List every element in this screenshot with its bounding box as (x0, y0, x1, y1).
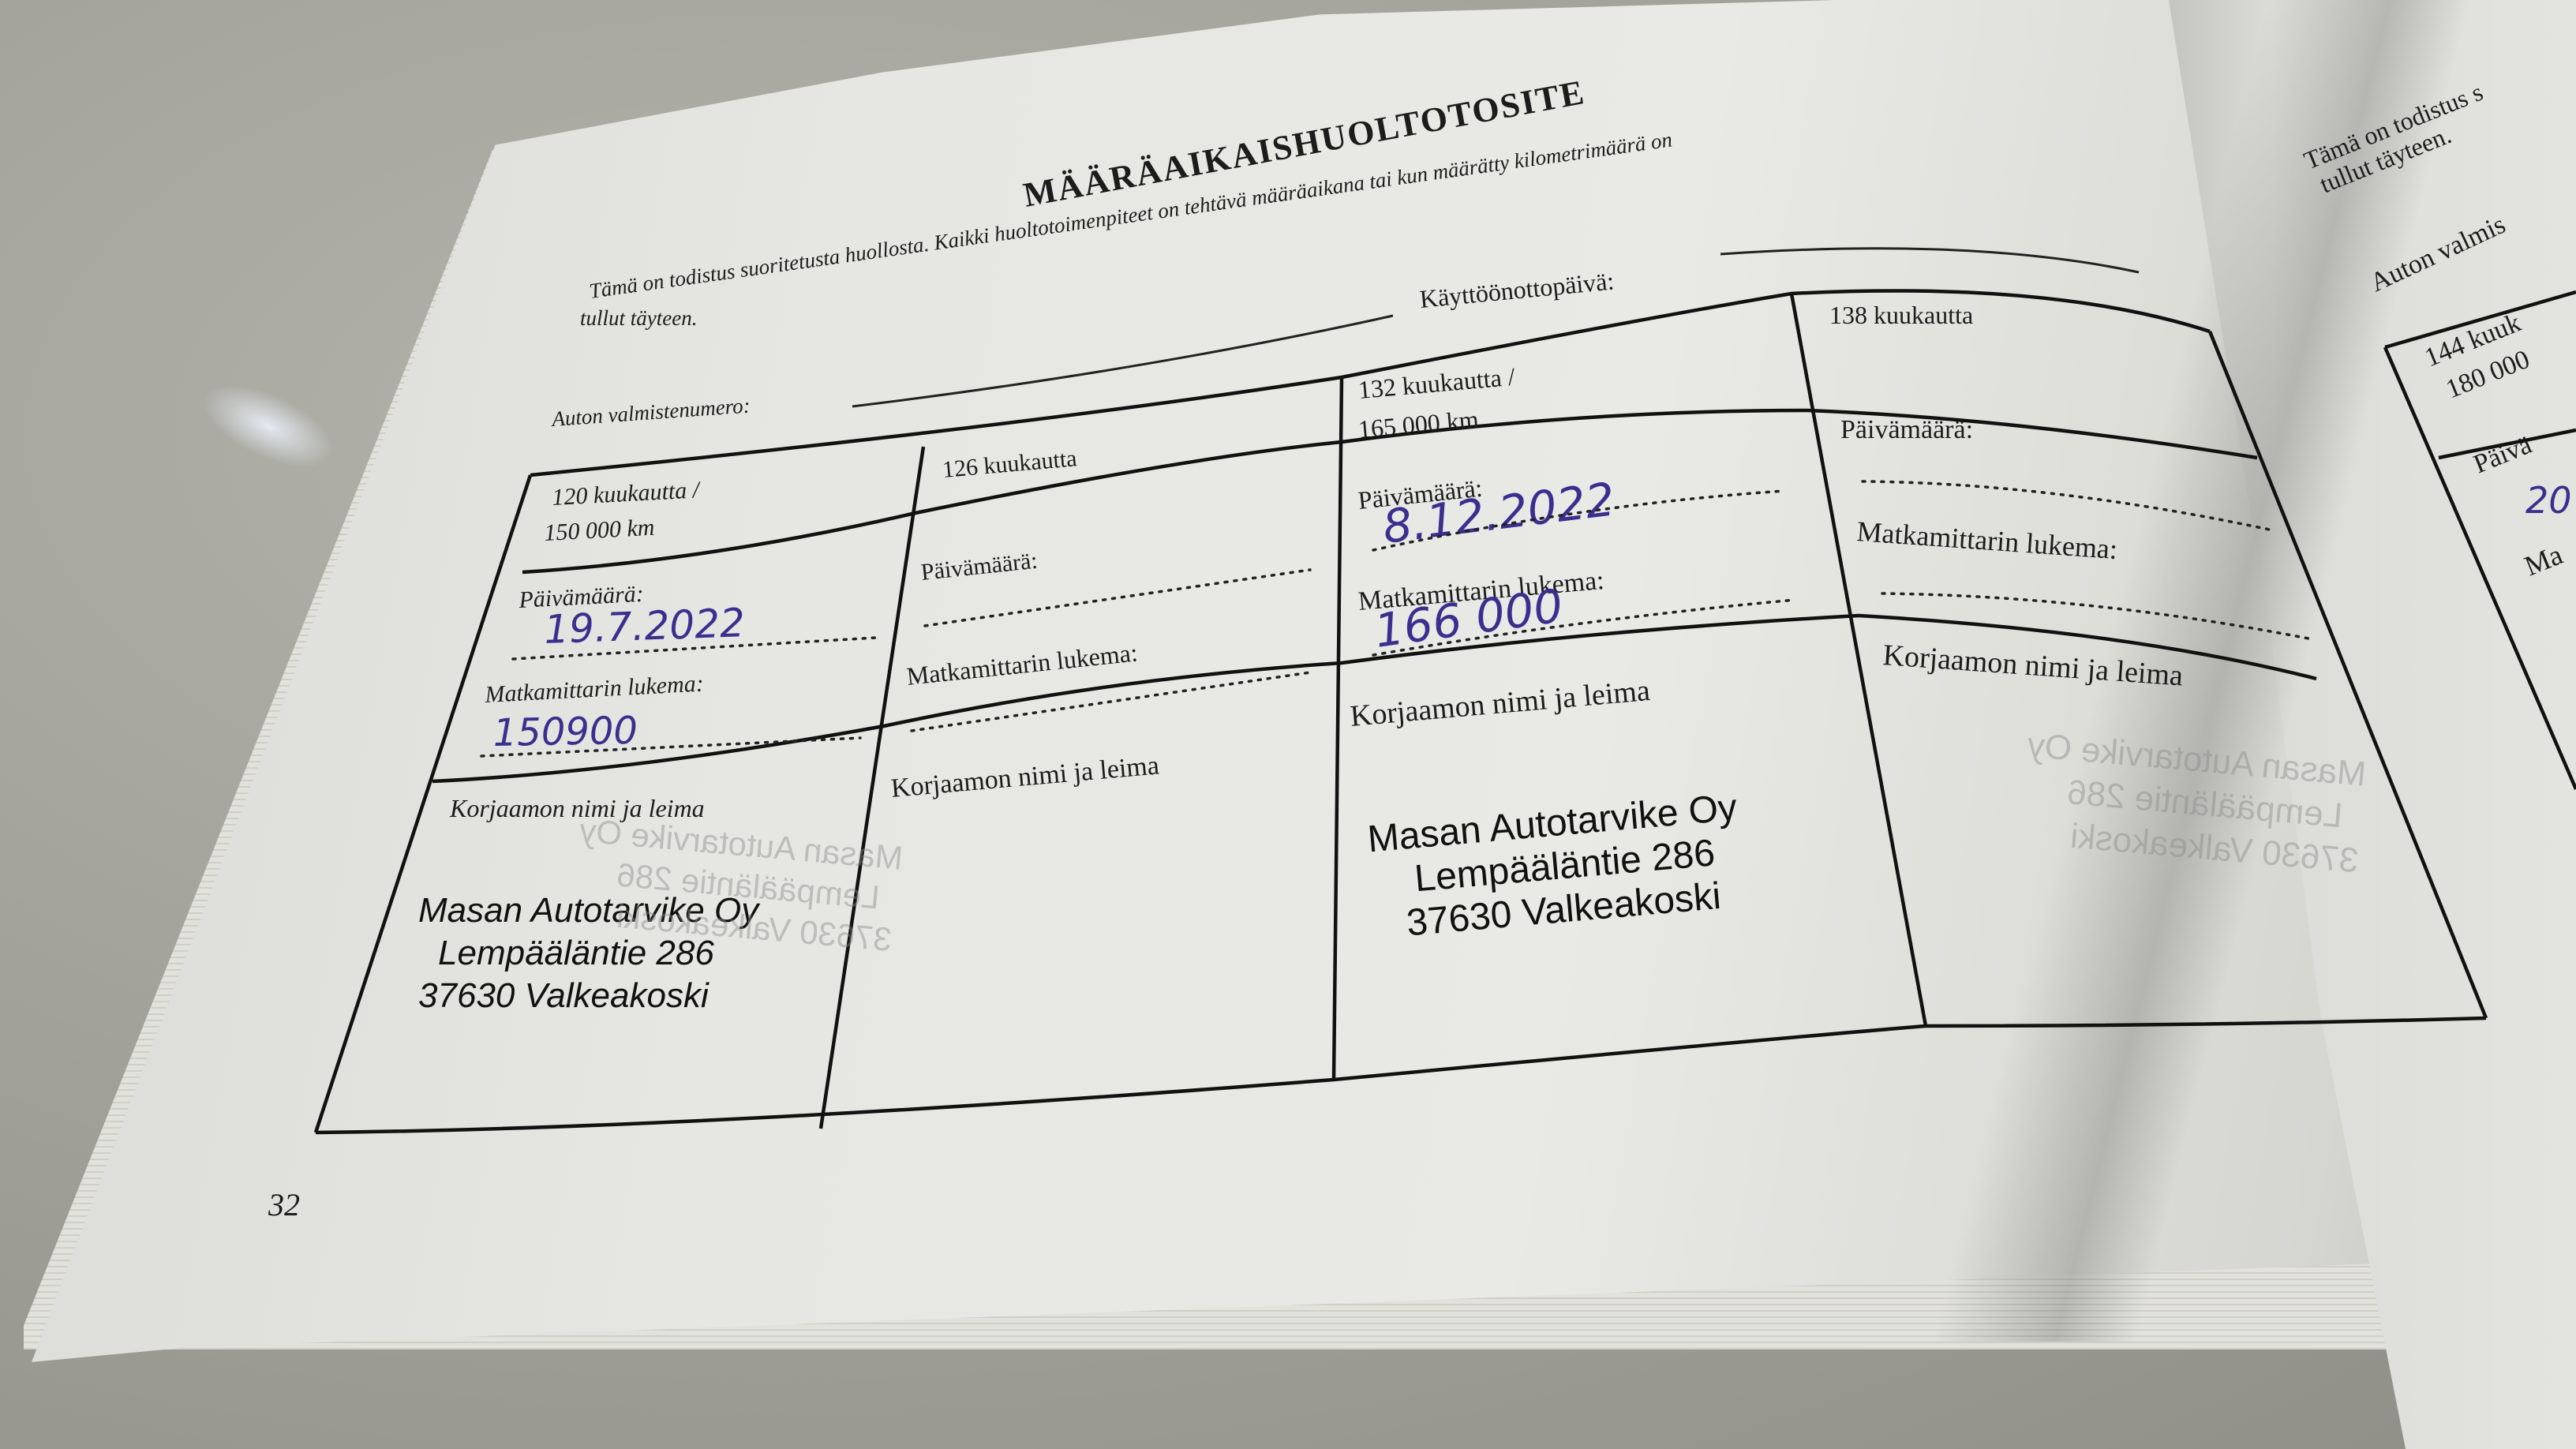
svg-text:37630 Valkeakoski: 37630 Valkeakoski (418, 976, 710, 1015)
svg-text:Auton valmis: Auton valmis (2366, 210, 2510, 298)
stamp-show-through: Masan Autotarvike Oy Lempääläntie 286 37… (2018, 725, 2368, 880)
date-value[interactable]: 19.7.2022 (543, 600, 745, 653)
vin-underline[interactable] (852, 316, 1393, 406)
workshop-stamp: Masan Autotarvike Oy Lempääläntie 286 37… (1366, 787, 1747, 947)
service-column-126: 126 kuukautta Päivämäärä: Matkamittarin … (571, 445, 1310, 958)
interval-km: 165 000 km (1357, 405, 1480, 444)
workshop-label: Korjaamon nimi ja leima (449, 794, 705, 822)
intro-text-line2: tullut täyteen. (580, 306, 697, 330)
interval-label: 126 kuukautta (942, 445, 1078, 483)
commission-date-underline[interactable] (1720, 249, 2139, 272)
odometer-label: Matkamittarin lukema: (905, 638, 1139, 691)
workshop-label: Korjaamon nimi ja leima (1881, 638, 2184, 692)
odometer-field-line[interactable] (1882, 593, 2312, 639)
date-label: Päivämäärä: (1840, 415, 1973, 444)
workshop-label: Korjaamon nimi ja leima (889, 751, 1160, 803)
date-label: Päivämäärä: (919, 548, 1039, 586)
page-number: 32 (268, 1187, 300, 1222)
commission-date-label: Käyttöönottopäivä: (1418, 266, 1615, 313)
odometer-label: Matkamittarin lukema: (1855, 515, 2118, 565)
svg-text:Ma: Ma (2520, 538, 2567, 582)
vin-label: Auton valmistenumero: (549, 394, 751, 432)
interval-km: 150 000 km (544, 515, 656, 546)
interval-label: 138 kuukautta (1829, 301, 1973, 329)
svg-text:Päivä: Päivä (2469, 430, 2536, 480)
next-page-partial: Tämä on todistus s tullut täyteen. Auton… (2300, 77, 2576, 789)
service-column-138: 138 kuukautta Päivämäärä: Matkamittarin … (1829, 301, 2368, 880)
workshop-label: Korjaamon nimi ja leima (1349, 674, 1651, 733)
interval-label: 120 kuukautta / (552, 477, 702, 511)
service-record-page: MÄÄRÄAIKAISHUOLTOTOSITE Tämä on todistus… (0, 0, 2576, 1449)
odometer-label: Matkamittarin lukema: (484, 671, 705, 709)
svg-text:Lempääläntie 286: Lempääläntie 286 (438, 934, 714, 972)
svg-text:20: 20 (2525, 479, 2572, 522)
